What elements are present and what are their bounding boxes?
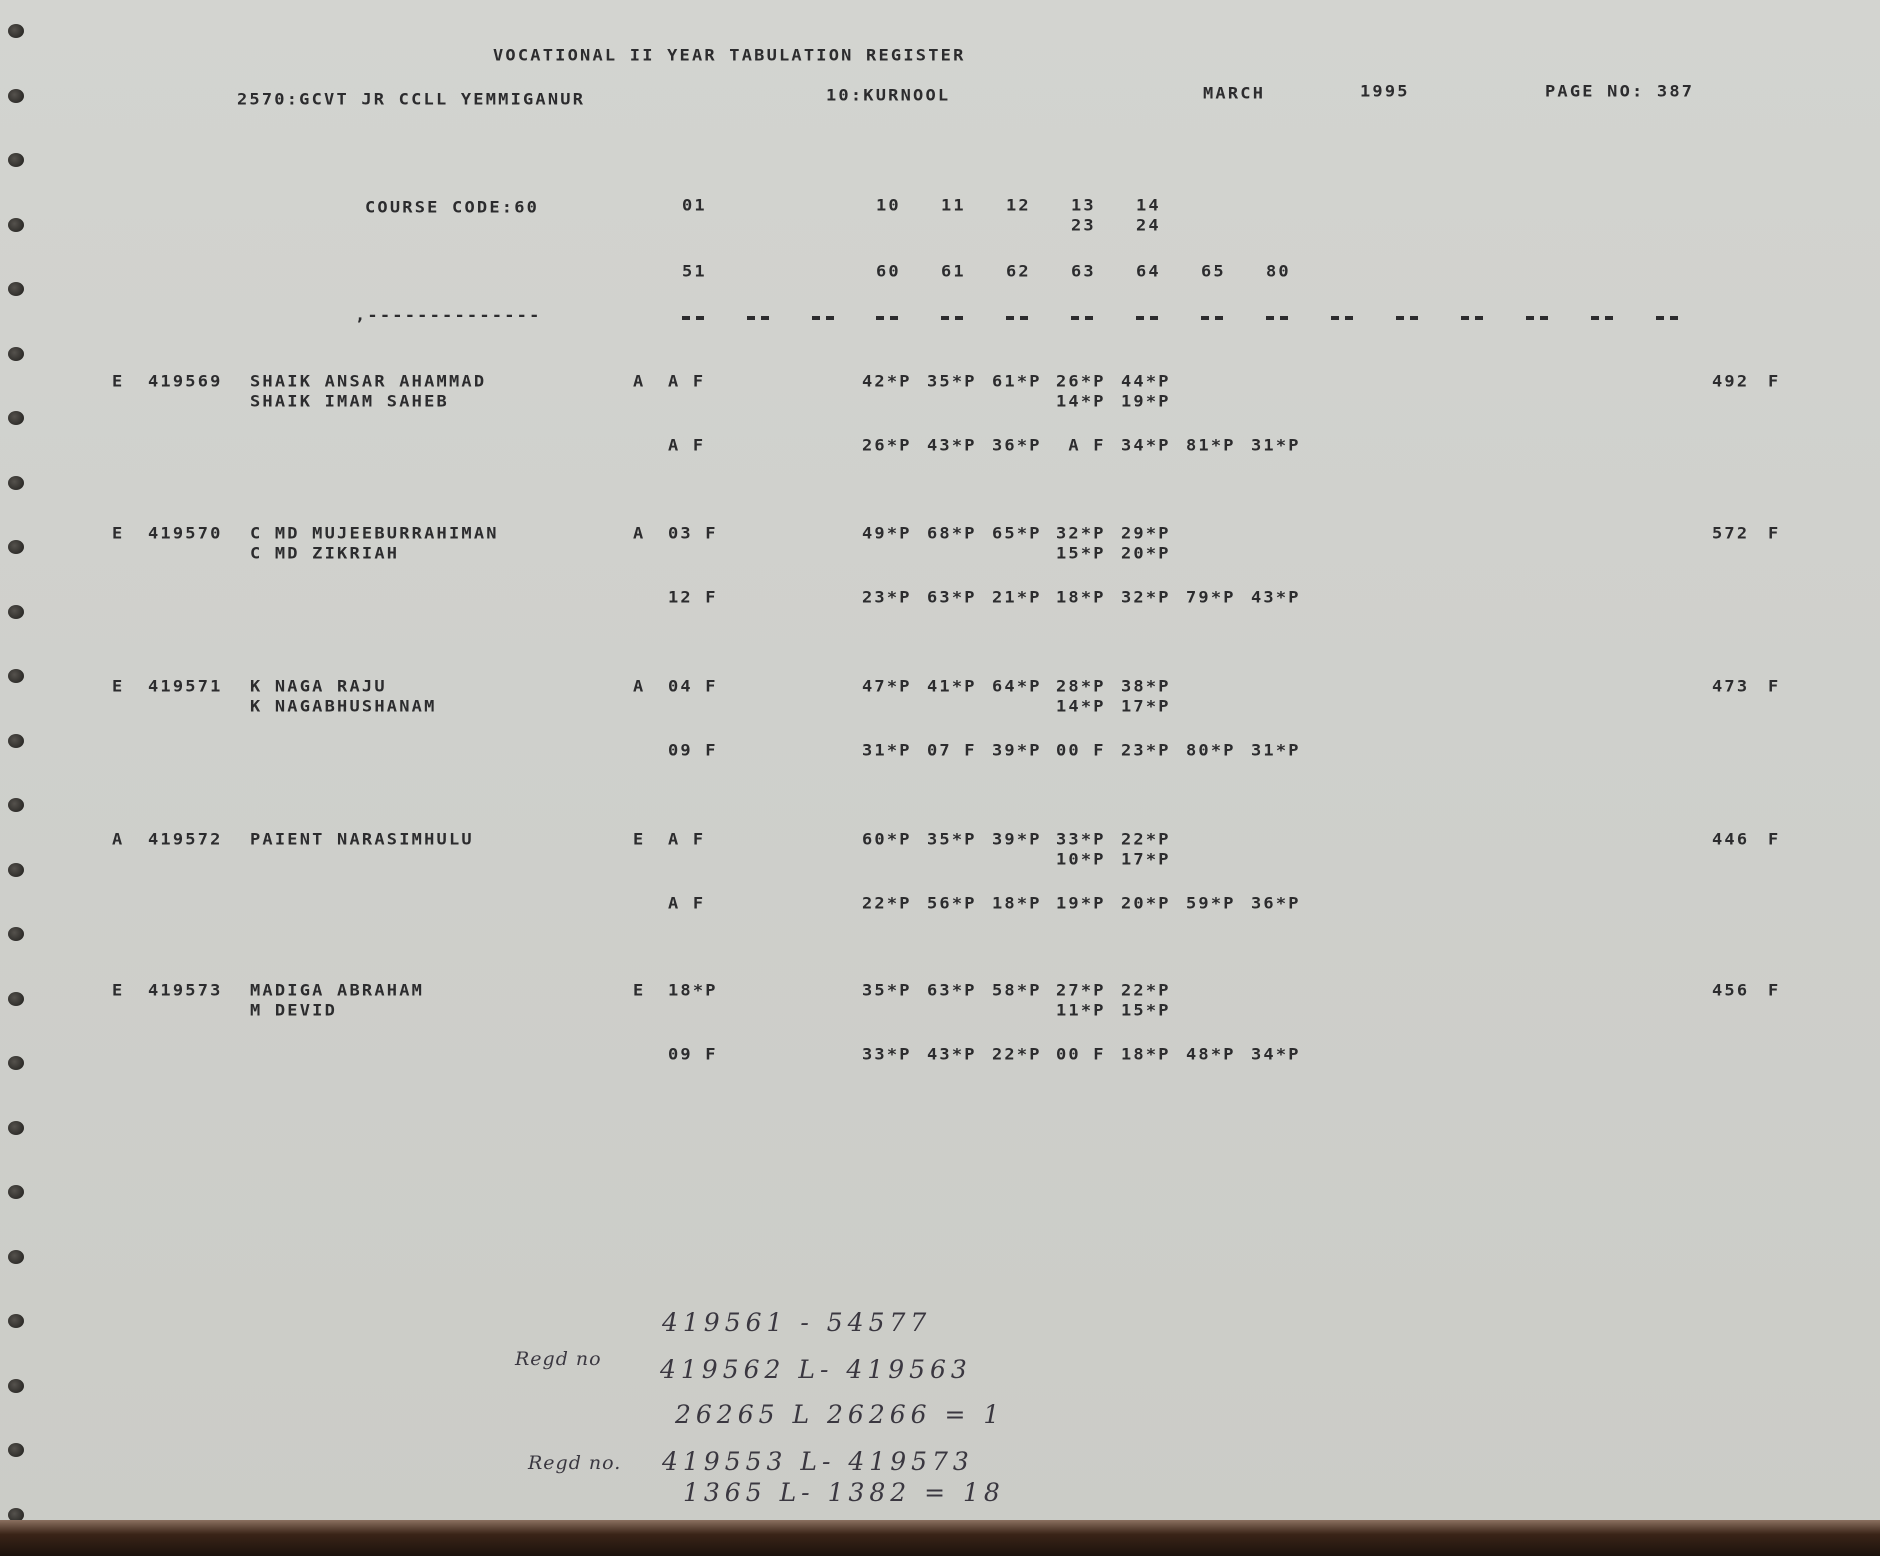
first-year-language-mark: A F: [668, 831, 705, 849]
registration-number: 419571: [148, 678, 223, 696]
binding-hole: [8, 1443, 24, 1457]
first-year-language-mark: 03 F: [668, 525, 718, 543]
code-63: 63: [1071, 263, 1096, 281]
first-year-subject-mark: 61*P: [992, 373, 1042, 391]
second-year-subject-mark: 26*P: [862, 437, 912, 455]
binding-hole: [8, 1185, 24, 1199]
first-year-subject-mark: 35*P: [927, 831, 977, 849]
second-year-subject-mark: 00 F: [1056, 742, 1106, 760]
first-year-language-mark: 04 F: [668, 678, 718, 696]
second-year-subject-mark: 22*P: [992, 1046, 1042, 1064]
code-80: 80: [1266, 263, 1291, 281]
second-year-subject-mark: 33*P: [862, 1046, 912, 1064]
column-dash: [1461, 316, 1483, 320]
second-year-subject-mark: 22*P: [862, 895, 912, 913]
second-year-subject-mark: 31*P: [862, 742, 912, 760]
binding-hole: [8, 1056, 24, 1070]
second-year-language-mark: A F: [668, 437, 705, 455]
father-name: C MD ZIKRIAH: [250, 545, 399, 563]
result-status: F: [1768, 831, 1780, 849]
binding-hole: [8, 1314, 24, 1328]
note-line-1: 419561 - 54577: [662, 1308, 931, 1337]
practical-mark: 19*P: [1121, 393, 1171, 411]
practical-mark: 15*P: [1056, 545, 1106, 563]
first-year-subject-mark: 28*P: [1056, 678, 1106, 696]
first-year-subject-mark: 33*P: [1056, 831, 1106, 849]
first-year-subject-mark: 22*P: [1121, 982, 1171, 1000]
code-13: 13: [1071, 197, 1096, 215]
binding-hole: [8, 1379, 24, 1393]
second-year-subject-mark: 63*P: [927, 589, 977, 607]
first-year-subject-mark: 39*P: [992, 831, 1042, 849]
college-name: 2570:GCVT JR CCLL YEMMIGANUR: [237, 91, 585, 109]
second-year-language-mark: 09 F: [668, 742, 718, 760]
course-code-label: COURSE CODE:60: [365, 199, 539, 217]
second-year-subject-mark: 21*P: [992, 589, 1042, 607]
column-dash: [682, 316, 704, 320]
result-status: F: [1768, 678, 1780, 696]
first-year-subject-mark: 60*P: [862, 831, 912, 849]
column-dash: [1006, 316, 1028, 320]
page-number: PAGE NO: 387: [1545, 83, 1694, 101]
code-14: 14: [1136, 197, 1161, 215]
binding-hole: [8, 1250, 24, 1264]
first-year-language-mark: 18*P: [668, 982, 718, 1000]
total-marks: 456: [1712, 982, 1749, 1000]
student-category: E: [112, 373, 124, 391]
column-dash: [941, 316, 963, 320]
exam-year: 1995: [1360, 83, 1410, 101]
practical-mark: 11*P: [1056, 1002, 1106, 1020]
note-line-5: 1365 L- 1382 = 18: [683, 1478, 1005, 1507]
second-year-subject-mark: 00 F: [1056, 1046, 1106, 1064]
separator-left: ,--------------: [355, 307, 542, 325]
binding-hole: [8, 476, 24, 490]
column-dash: [1136, 316, 1158, 320]
binding-hole: [8, 798, 24, 812]
first-year-subject-mark: 27*P: [1056, 982, 1106, 1000]
second-year-subject-mark: 34*P: [1251, 1046, 1301, 1064]
first-year-subject-mark: 22*P: [1121, 831, 1171, 849]
second-year-subject-mark: 43*P: [927, 1046, 977, 1064]
second-year-subject-mark: 80*P: [1186, 742, 1236, 760]
second-year-subject-mark: 23*P: [1121, 742, 1171, 760]
district-name: 10:KURNOOL: [826, 87, 950, 105]
student-grade: E: [633, 831, 645, 849]
second-year-language-mark: A F: [668, 895, 705, 913]
second-year-subject-mark: 18*P: [1056, 589, 1106, 607]
student-name: MADIGA ABRAHAM: [250, 982, 424, 1000]
student-category: E: [112, 678, 124, 696]
second-year-subject-mark: 48*P: [1186, 1046, 1236, 1064]
second-year-subject-mark: 18*P: [992, 895, 1042, 913]
binding-hole: [8, 605, 24, 619]
note-label-2: Regd no.: [528, 1452, 621, 1474]
first-year-subject-mark: 58*P: [992, 982, 1042, 1000]
code-01: 01: [682, 197, 707, 215]
binding-hole: [8, 218, 24, 232]
second-year-subject-mark: 23*P: [862, 589, 912, 607]
code-61: 61: [941, 263, 966, 281]
practical-mark: 15*P: [1121, 1002, 1171, 1020]
code-65: 65: [1201, 263, 1226, 281]
second-year-language-mark: 09 F: [668, 1046, 718, 1064]
father-name: SHAIK IMAM SAHEB: [250, 393, 449, 411]
second-year-subject-mark: 31*P: [1251, 742, 1301, 760]
register-sheet: VOCATIONAL II YEAR TABULATION REGISTER 2…: [0, 0, 1880, 1538]
binding-hole: [8, 24, 24, 38]
binding-hole: [8, 282, 24, 296]
binding-hole: [8, 1121, 24, 1135]
binding-hole: [8, 992, 24, 1006]
total-marks: 492: [1712, 373, 1749, 391]
first-year-subject-mark: 38*P: [1121, 678, 1171, 696]
second-year-subject-mark: 36*P: [992, 437, 1042, 455]
note-line-4: 419553 L- 419573: [662, 1447, 974, 1476]
first-year-subject-mark: 44*P: [1121, 373, 1171, 391]
student-category: E: [112, 525, 124, 543]
first-year-subject-mark: 35*P: [927, 373, 977, 391]
practical-mark: 14*P: [1056, 698, 1106, 716]
binding-hole: [8, 347, 24, 361]
student-category: E: [112, 982, 124, 1000]
first-year-subject-mark: 35*P: [862, 982, 912, 1000]
registration-number: 419573: [148, 982, 223, 1000]
total-marks: 473: [1712, 678, 1749, 696]
first-year-subject-mark: 65*P: [992, 525, 1042, 543]
first-year-subject-mark: 47*P: [862, 678, 912, 696]
first-year-subject-mark: 26*P: [1056, 373, 1106, 391]
student-name: SHAIK ANSAR AHAMMAD: [250, 373, 486, 391]
first-year-subject-mark: 49*P: [862, 525, 912, 543]
second-year-subject-mark: 31*P: [1251, 437, 1301, 455]
second-year-subject-mark: 36*P: [1251, 895, 1301, 913]
result-status: F: [1768, 525, 1780, 543]
practical-mark: 17*P: [1121, 851, 1171, 869]
column-dash: [1071, 316, 1093, 320]
second-year-subject-mark: 34*P: [1121, 437, 1171, 455]
first-year-subject-mark: 41*P: [927, 678, 977, 696]
second-year-subject-mark: 81*P: [1186, 437, 1236, 455]
code-12: 12: [1006, 197, 1031, 215]
second-year-subject-mark: 19*P: [1056, 895, 1106, 913]
student-grade: A: [633, 678, 645, 696]
binding-hole: [8, 669, 24, 683]
code-64: 64: [1136, 263, 1161, 281]
column-dash: [876, 316, 898, 320]
column-dash: [1266, 316, 1288, 320]
code-60: 60: [876, 263, 901, 281]
practical-mark: 10*P: [1056, 851, 1106, 869]
first-year-subject-mark: 42*P: [862, 373, 912, 391]
note-line-2: 419562 L- 419563: [660, 1355, 972, 1384]
binding-hole: [8, 89, 24, 103]
father-name: M DEVID: [250, 1002, 337, 1020]
code-62: 62: [1006, 263, 1031, 281]
total-marks: 446: [1712, 831, 1749, 849]
first-year-language-mark: A F: [668, 373, 705, 391]
second-year-subject-mark: 79*P: [1186, 589, 1236, 607]
column-dash: [747, 316, 769, 320]
second-year-subject-mark: 20*P: [1121, 895, 1171, 913]
second-year-subject-mark: 32*P: [1121, 589, 1171, 607]
code-23: 23: [1071, 217, 1096, 235]
second-year-subject-mark: 07 F: [927, 742, 977, 760]
second-year-subject-mark: 56*P: [927, 895, 977, 913]
binding-hole: [8, 411, 24, 425]
first-year-subject-mark: 32*P: [1056, 525, 1106, 543]
binding-hole: [8, 153, 24, 167]
practical-mark: 14*P: [1056, 393, 1106, 411]
first-year-subject-mark: 29*P: [1121, 525, 1171, 543]
column-dash: [1656, 316, 1678, 320]
column-dash: [1201, 316, 1223, 320]
registration-number: 419569: [148, 373, 223, 391]
first-year-subject-mark: 64*P: [992, 678, 1042, 696]
code-11: 11: [941, 197, 966, 215]
practical-mark: 20*P: [1121, 545, 1171, 563]
student-grade: A: [633, 525, 645, 543]
register-title: VOCATIONAL II YEAR TABULATION REGISTER: [493, 47, 966, 65]
second-year-subject-mark: A F: [1056, 437, 1106, 455]
column-dash: [812, 316, 834, 320]
second-year-subject-mark: 43*P: [1251, 589, 1301, 607]
student-grade: A: [633, 373, 645, 391]
column-dash: [1331, 316, 1353, 320]
note-line-3: 26265 L 26266 = 1: [675, 1400, 1004, 1429]
column-dash: [1591, 316, 1613, 320]
second-year-subject-mark: 39*P: [992, 742, 1042, 760]
father-name: K NAGABHUSHANAM: [250, 698, 437, 716]
result-status: F: [1768, 982, 1780, 1000]
column-dash: [1396, 316, 1418, 320]
second-year-subject-mark: 43*P: [927, 437, 977, 455]
student-name: PAIENT NARASIMHULU: [250, 831, 474, 849]
binding-hole: [8, 734, 24, 748]
desk-background: [0, 1520, 1880, 1556]
registration-number: 419570: [148, 525, 223, 543]
first-year-subject-mark: 68*P: [927, 525, 977, 543]
binding-hole: [8, 863, 24, 877]
first-year-subject-mark: 63*P: [927, 982, 977, 1000]
student-category: A: [112, 831, 124, 849]
binding-hole: [8, 540, 24, 554]
code-24: 24: [1136, 217, 1161, 235]
note-label-1: Regd no: [515, 1348, 602, 1370]
second-year-subject-mark: 59*P: [1186, 895, 1236, 913]
code-10: 10: [876, 197, 901, 215]
binding-hole: [8, 927, 24, 941]
total-marks: 572: [1712, 525, 1749, 543]
student-name: C MD MUJEEBURRAHIMAN: [250, 525, 499, 543]
result-status: F: [1768, 373, 1780, 391]
student-grade: E: [633, 982, 645, 1000]
practical-mark: 17*P: [1121, 698, 1171, 716]
student-name: K NAGA RAJU: [250, 678, 387, 696]
code-51: 51: [682, 263, 707, 281]
column-dash: [1526, 316, 1548, 320]
second-year-subject-mark: 18*P: [1121, 1046, 1171, 1064]
second-year-language-mark: 12 F: [668, 589, 718, 607]
registration-number: 419572: [148, 831, 223, 849]
exam-month: MARCH: [1203, 85, 1265, 103]
